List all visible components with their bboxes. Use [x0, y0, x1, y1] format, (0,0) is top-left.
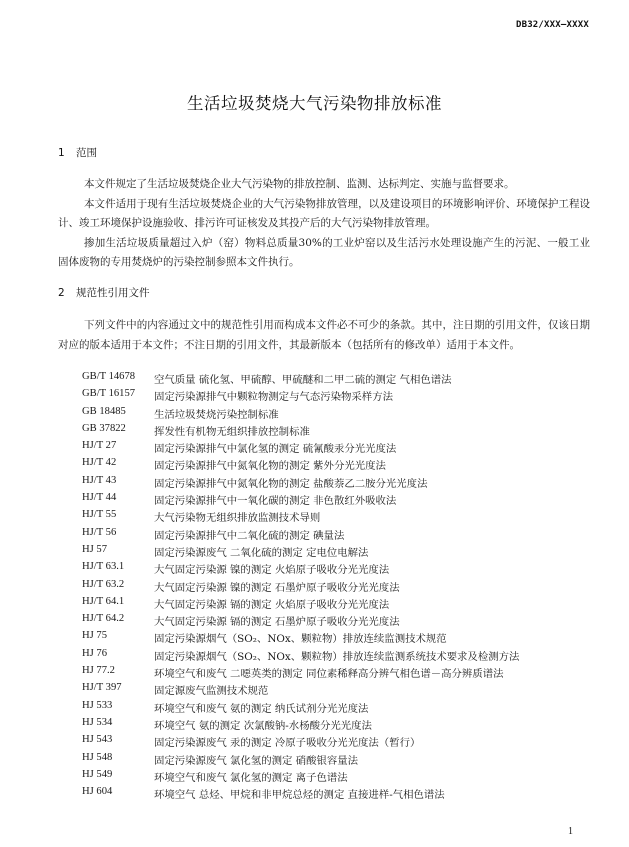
reference-item: HJ/T 55大气污染物无组织排放监测技术导则	[82, 509, 592, 526]
reference-title: 挥发性有机物无组织排放控制标准	[154, 423, 592, 440]
reference-code: HJ/T 42	[82, 457, 154, 474]
reference-code: GB 37822	[82, 423, 154, 440]
reference-title: 固定污染源排气中氮氧化物的测定 紫外分光光度法	[154, 457, 592, 474]
document-title: 生活垃圾焚烧大气污染物排放标准	[0, 90, 629, 114]
reference-item: HJ/T 63.2大气固定污染源 镍的测定 石墨炉原子吸收分光光度法	[82, 579, 592, 596]
reference-title: 固定污染源烟气（SO₂、NOx、颗粒物）排放连续监测系统技术要求及检测方法	[154, 648, 592, 665]
reference-item: HJ/T 56固定污染源排气中二氧化硫的测定 碘量法	[82, 527, 592, 544]
reference-title: 环境空气和废气 氨的测定 纳氏试剂分光光度法	[154, 700, 592, 717]
paragraph: 下列文件中的内容通过文中的规范性引用而构成本文件必不可少的条款。其中，注日期的引…	[58, 316, 590, 355]
reference-title: 大气固定污染源 镉的测定 石墨炉原子吸收分光光度法	[154, 613, 592, 630]
reference-item: HJ/T 63.1大气固定污染源 镍的测定 火焰原子吸收分光光度法	[82, 561, 592, 578]
paragraph: 掺加生活垃圾质量超过入炉（窑）物料总质量30%的工业炉窑以及生活污水处理设施产生…	[58, 234, 590, 273]
reference-title: 大气固定污染源 镍的测定 石墨炉原子吸收分光光度法	[154, 579, 592, 596]
reference-code: GB/T 14678	[82, 371, 154, 388]
reference-item: HJ 604环境空气 总烃、甲烷和非甲烷总烃的测定 直接进样-气相色谱法	[82, 786, 592, 803]
reference-item: HJ/T 64.1大气固定污染源 镉的测定 火焰原子吸收分光光度法	[82, 596, 592, 613]
reference-item: HJ/T 42固定污染源排气中氮氧化物的测定 紫外分光光度法	[82, 457, 592, 474]
reference-code: HJ/T 64.2	[82, 613, 154, 630]
reference-title: 生活垃圾焚烧污染控制标准	[154, 406, 592, 423]
reference-title: 固定污染源废气 二氧化硫的测定 定电位电解法	[154, 544, 592, 561]
reference-title: 大气污染物无组织排放监测技术导则	[154, 509, 592, 526]
reference-code: HJ 549	[82, 769, 154, 786]
reference-title: 固定污染源废气 氯化氢的测定 硝酸银容量法	[154, 752, 592, 769]
reference-item: HJ 77.2环境空气和废气 二噁英类的测定 同位素稀释高分辨气相色谱－高分辨质…	[82, 665, 592, 682]
reference-code: GB 18485	[82, 406, 154, 423]
reference-code: HJ/T 397	[82, 682, 154, 699]
page-number: 1	[568, 826, 573, 837]
reference-title: 固定污染源排气中二氧化硫的测定 碘量法	[154, 527, 592, 544]
reference-item: GB/T 14678空气质量 硫化氢、甲硫醇、甲硫醚和二甲二硫的测定 气相色谱法	[82, 371, 592, 388]
reference-item: GB 37822挥发性有机物无组织排放控制标准	[82, 423, 592, 440]
section-heading-scope: 1范围	[58, 145, 97, 160]
reference-code: HJ/T 63.1	[82, 561, 154, 578]
document-code: DB32/XXX—XXXX	[516, 20, 589, 30]
reference-code: HJ 534	[82, 717, 154, 734]
reference-item: HJ 543固定污染源废气 汞的测定 冷原子吸收分光光度法（暂行）	[82, 734, 592, 751]
reference-title: 固定源废气监测技术规范	[154, 682, 592, 699]
reference-item: HJ/T 43固定污染源排气中氮氧化物的测定 盐酸萘乙二胺分光光度法	[82, 475, 592, 492]
reference-item: HJ 75固定污染源烟气（SO₂、NOx、颗粒物）排放连续监测技术规范	[82, 630, 592, 647]
reference-code: HJ 76	[82, 648, 154, 665]
reference-item: GB/T 16157固定污染源排气中颗粒物测定与气态污染物采样方法	[82, 388, 592, 405]
reference-title: 大气固定污染源 镉的测定 火焰原子吸收分光光度法	[154, 596, 592, 613]
reference-code: GB/T 16157	[82, 388, 154, 405]
section-title: 范围	[76, 147, 97, 159]
section-references-intro: 下列文件中的内容通过文中的规范性引用而构成本文件必不可少的条款。其中，注日期的引…	[58, 316, 590, 355]
reference-item: HJ 549环境空气和废气 氯化氢的测定 离子色谱法	[82, 769, 592, 786]
reference-code: HJ 75	[82, 630, 154, 647]
reference-item: HJ/T 27固定污染源排气中氯化氢的测定 硫氰酸汞分光光度法	[82, 440, 592, 457]
reference-code: HJ/T 64.1	[82, 596, 154, 613]
reference-title: 环境空气 总烃、甲烷和非甲烷总烃的测定 直接进样-气相色谱法	[154, 786, 592, 803]
reference-item: HJ 548固定污染源废气 氯化氢的测定 硝酸银容量法	[82, 752, 592, 769]
reference-code: HJ 57	[82, 544, 154, 561]
section-number: 1	[58, 147, 76, 159]
reference-code: HJ 604	[82, 786, 154, 803]
reference-code: HJ/T 27	[82, 440, 154, 457]
reference-item: HJ 76固定污染源烟气（SO₂、NOx、颗粒物）排放连续监测系统技术要求及检测…	[82, 648, 592, 665]
reference-title: 固定污染源排气中一氧化碳的测定 非色散红外吸收法	[154, 492, 592, 509]
reference-item: HJ/T 64.2大气固定污染源 镉的测定 石墨炉原子吸收分光光度法	[82, 613, 592, 630]
reference-title: 环境空气和废气 氯化氢的测定 离子色谱法	[154, 769, 592, 786]
reference-title: 固定污染源排气中氮氧化物的测定 盐酸萘乙二胺分光光度法	[154, 475, 592, 492]
reference-code: HJ/T 56	[82, 527, 154, 544]
reference-code: HJ 543	[82, 734, 154, 751]
reference-title: 环境空气和废气 二噁英类的测定 同位素稀释高分辨气相色谱－高分辨质谱法	[154, 665, 592, 682]
reference-title: 固定污染源排气中颗粒物测定与气态污染物采样方法	[154, 388, 592, 405]
reference-code: HJ/T 55	[82, 509, 154, 526]
reference-title: 空气质量 硫化氢、甲硫醇、甲硫醚和二甲二硫的测定 气相色谱法	[154, 371, 592, 388]
reference-item: GB 18485生活垃圾焚烧污染控制标准	[82, 406, 592, 423]
reference-title: 固定污染源烟气（SO₂、NOx、颗粒物）排放连续监测技术规范	[154, 630, 592, 647]
reference-title: 固定污染源废气 汞的测定 冷原子吸收分光光度法（暂行）	[154, 734, 592, 751]
section-number: 2	[58, 287, 76, 299]
paragraph: 本文件规定了生活垃圾焚烧企业大气污染物的排放控制、监测、达标判定、实施与监督要求…	[58, 175, 590, 195]
reference-item: HJ 534环境空气 氨的测定 次氯酸钠-水杨酸分光光度法	[82, 717, 592, 734]
reference-list: GB/T 14678空气质量 硫化氢、甲硫醇、甲硫醚和二甲二硫的测定 气相色谱法…	[82, 371, 592, 803]
section-scope-body: 本文件规定了生活垃圾焚烧企业大气污染物的排放控制、监测、达标判定、实施与监督要求…	[58, 175, 590, 273]
reference-code: HJ/T 44	[82, 492, 154, 509]
reference-code: HJ 533	[82, 700, 154, 717]
reference-title: 大气固定污染源 镍的测定 火焰原子吸收分光光度法	[154, 561, 592, 578]
section-heading-normative-references: 2规范性引用文件	[58, 285, 150, 300]
reference-item: HJ 533环境空气和废气 氨的测定 纳氏试剂分光光度法	[82, 700, 592, 717]
reference-title: 固定污染源排气中氯化氢的测定 硫氰酸汞分光光度法	[154, 440, 592, 457]
paragraph: 本文件适用于现有生活垃圾焚烧企业的大气污染物排放管理，以及建设项目的环境影响评价…	[58, 195, 590, 234]
reference-code: HJ/T 63.2	[82, 579, 154, 596]
reference-title: 环境空气 氨的测定 次氯酸钠-水杨酸分光光度法	[154, 717, 592, 734]
reference-item: HJ/T 397固定源废气监测技术规范	[82, 682, 592, 699]
reference-code: HJ/T 43	[82, 475, 154, 492]
reference-code: HJ 548	[82, 752, 154, 769]
section-title: 规范性引用文件	[76, 287, 150, 299]
reference-item: HJ/T 44固定污染源排气中一氧化碳的测定 非色散红外吸收法	[82, 492, 592, 509]
reference-code: HJ 77.2	[82, 665, 154, 682]
reference-item: HJ 57固定污染源废气 二氧化硫的测定 定电位电解法	[82, 544, 592, 561]
